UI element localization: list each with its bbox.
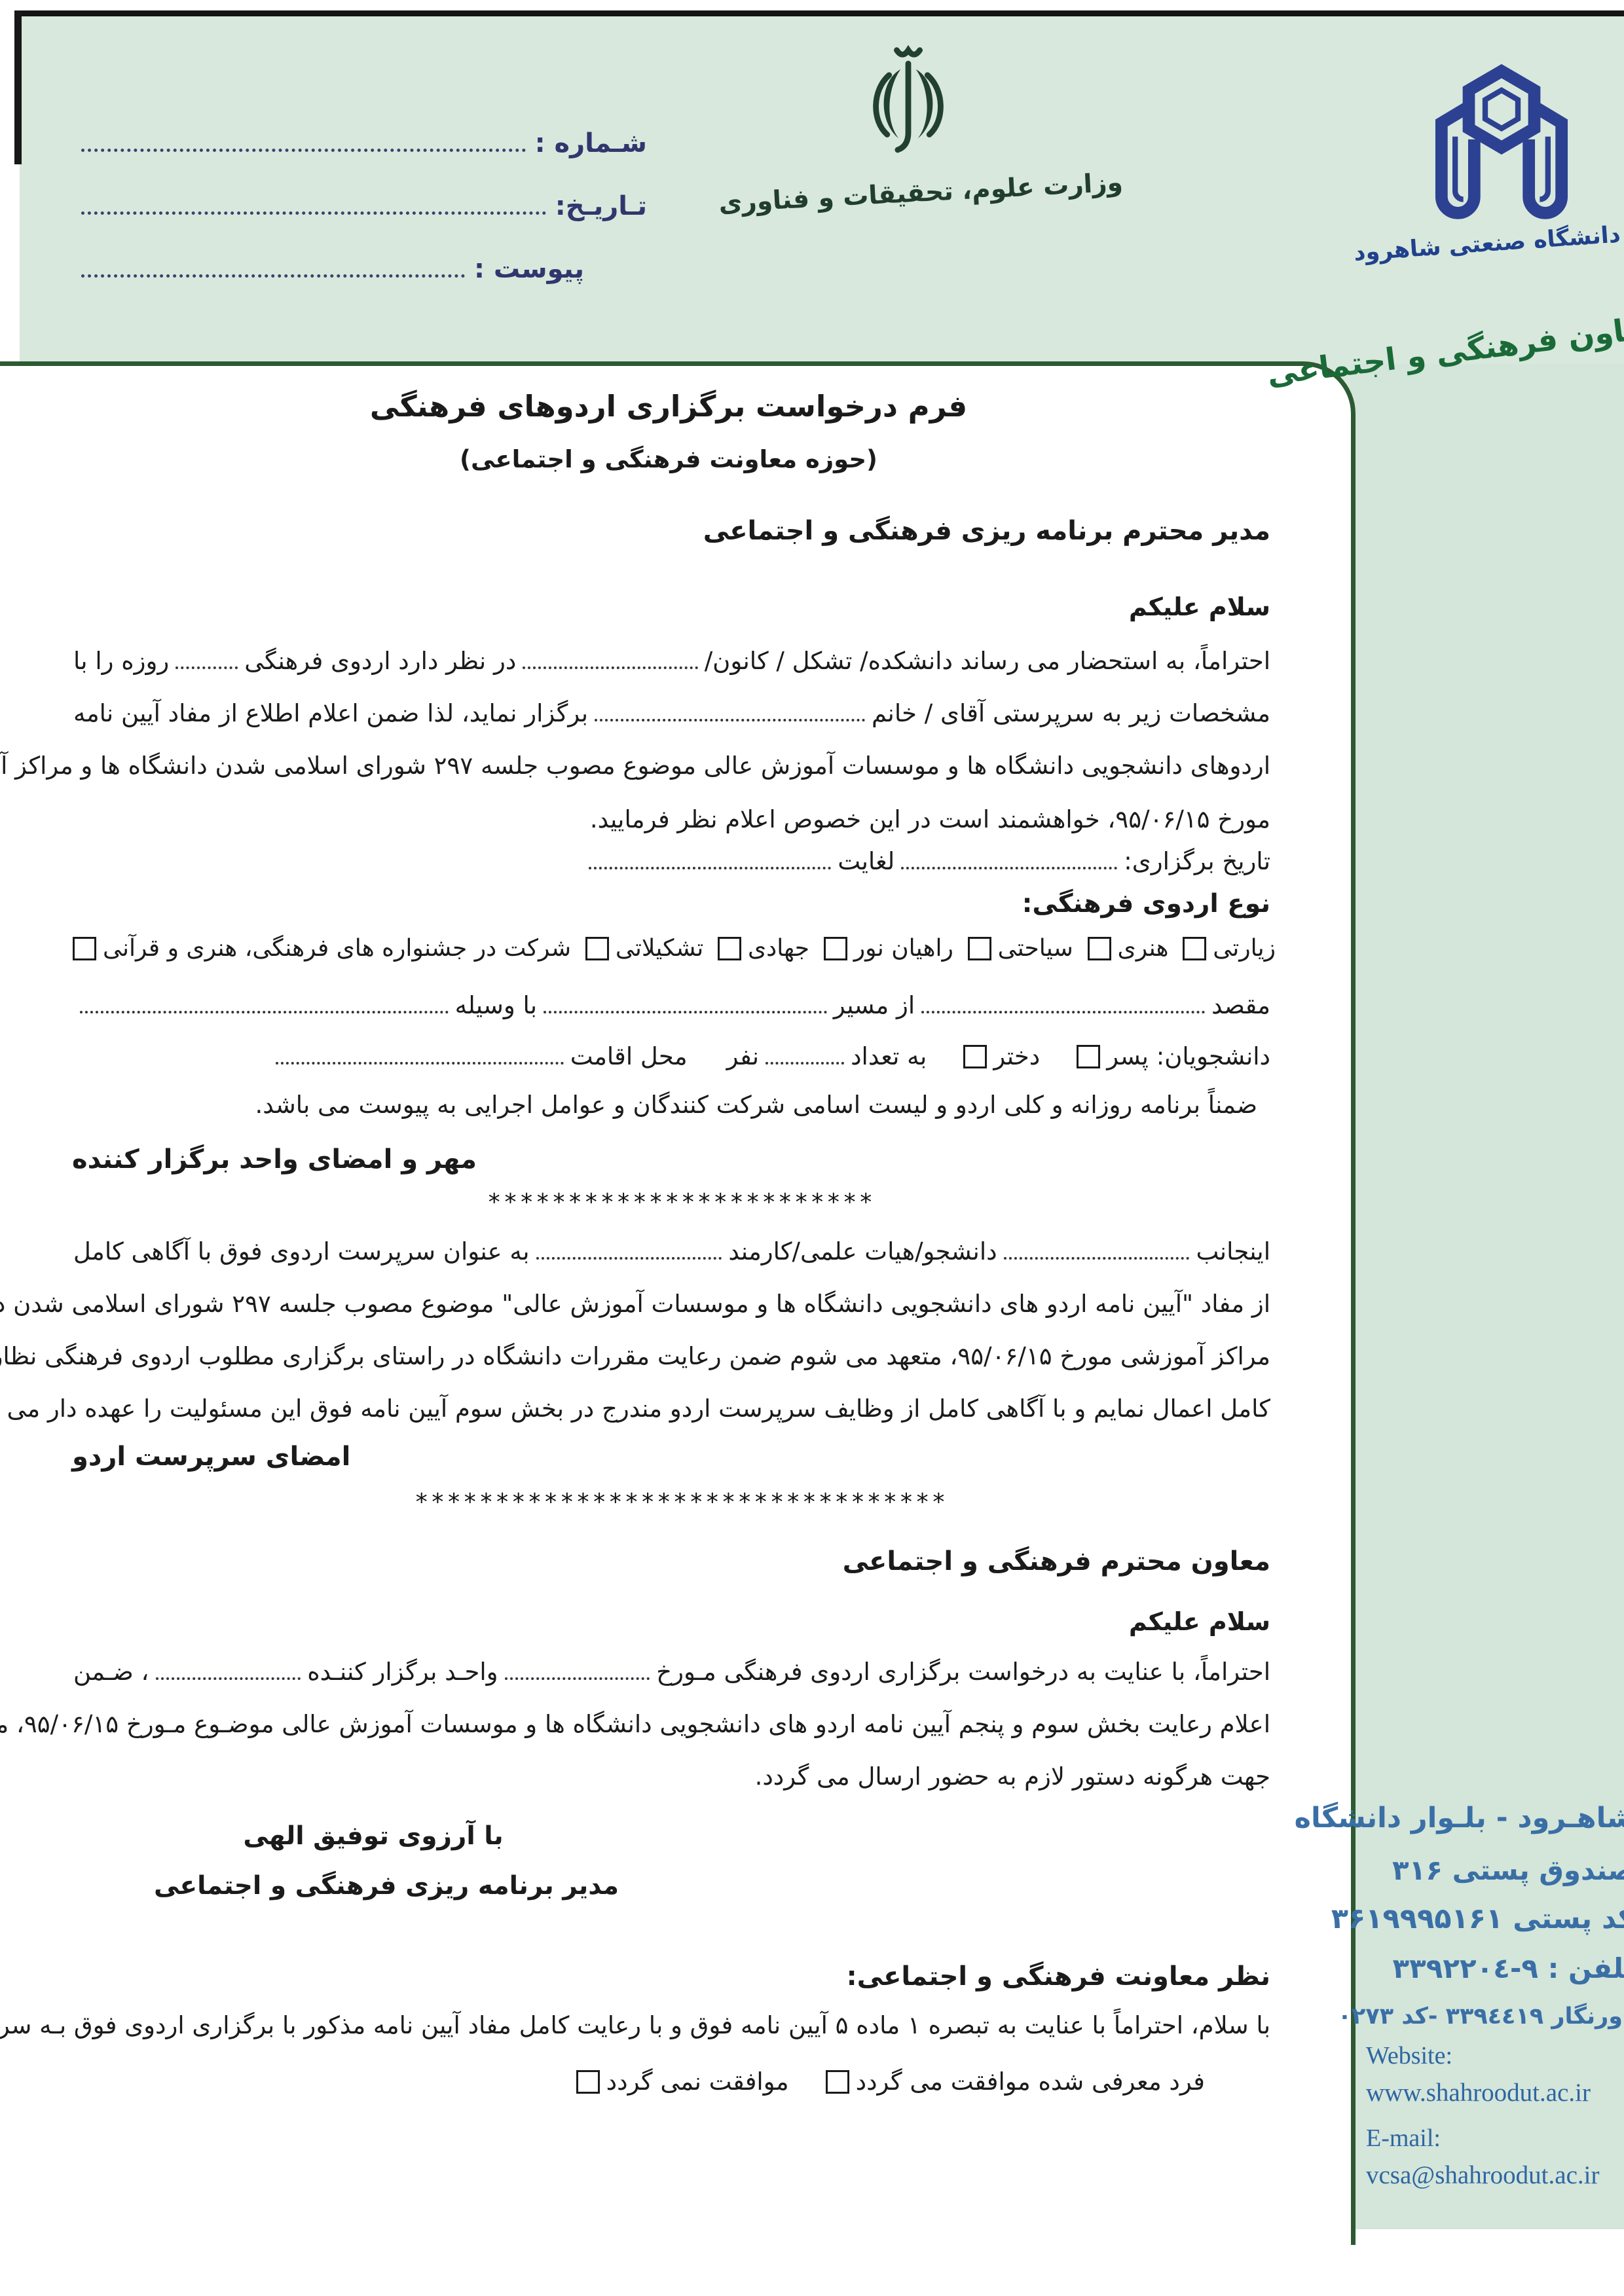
- attachment-label: پیوست :: [474, 254, 584, 284]
- type-option-ziyarati: زیارتی: [1179, 935, 1276, 962]
- paragraph1-line2: مشخصات زیر به سرپرستی آقای / خانم برگزار…: [73, 699, 1270, 727]
- destination-blank-field[interactable]: [921, 1004, 1205, 1013]
- greeting-1: سلام علیکم: [1129, 592, 1270, 621]
- holding-date-label: تاریخ برگزاری:: [1124, 847, 1270, 875]
- camp-type-options: زیارتی هنری سیاحتی راهیان نور جهادی تشکی…: [69, 935, 1276, 962]
- stay-blank-field[interactable]: [276, 1055, 564, 1065]
- person-label: نفر: [727, 1042, 759, 1070]
- rahian-noor-checkbox[interactable]: [824, 937, 847, 960]
- approved-checkbox[interactable]: [826, 2070, 849, 2094]
- undersigned-text-c: به عنوان سرپرست اردوی فوق با آگاهی کامل: [73, 1237, 530, 1266]
- unit-stamp-signature-label: مهر و امضای واحد برگزار کننده: [72, 1144, 477, 1175]
- type-label: راهیان نور: [854, 935, 953, 962]
- undersigned-text-a: اینجانب: [1196, 1237, 1270, 1266]
- request-date-blank-field[interactable]: [505, 1671, 650, 1680]
- attachment-note: ضمناً برنامه روزانه و کلی اردو و لیست اس…: [255, 1091, 1257, 1119]
- attachment-row: پیوست :: [79, 254, 584, 284]
- deputy-paragraph-line2: اعلام رعایت بخش سوم و پنجم آیین نامه ارد…: [0, 1710, 1270, 1738]
- route-blank-field[interactable]: [544, 1004, 827, 1013]
- deputy-opinion-heading: نظر معاونت فرهنگی و اجتماعی:: [847, 1961, 1270, 1992]
- type-label: شرکت در جشنواره های فرهنگی، هنری و قرآنی: [103, 935, 571, 962]
- tashkilati-checkbox[interactable]: [585, 937, 609, 960]
- undersigned-name-blank-field[interactable]: [1004, 1250, 1190, 1260]
- paragraph1-line1: احتراماً، به استحضار می رساند دانشکده/ ت…: [73, 647, 1270, 675]
- address-line-pobox: صندوق پستی ۳۱۶: [1392, 1854, 1624, 1886]
- type-option-tashkilati: تشکیلاتی: [581, 935, 703, 962]
- address-line-phone: تلفن : ۹-۳۳۹۲۲۰٤: [1392, 1952, 1624, 1984]
- until-label: لغایت: [838, 847, 895, 875]
- vehicle-blank-field[interactable]: [80, 1004, 449, 1013]
- ziyarati-checkbox[interactable]: [1183, 937, 1206, 960]
- paragraph1-line3: اردوهای دانشجویی دانشگاه ها و موسسات آمو…: [0, 752, 1270, 780]
- p1-text-b: در نظر دارد اردوی فرهنگی: [244, 647, 516, 675]
- students-boys-label: دانشجویان: پسر: [1107, 1042, 1270, 1070]
- organizing-unit-blank-field[interactable]: [156, 1671, 301, 1680]
- paragraph1-line4: مورخ ۹۵/۰۶/۱۵، خواهشمند است در این خصوص …: [590, 805, 1270, 833]
- type-option-rahian-noor: راهیان نور: [820, 935, 953, 962]
- type-label: جهادی: [748, 935, 809, 962]
- p5-text-a: احتراماً، با عنایت به درخواست برگزاری ار…: [656, 1658, 1270, 1686]
- university-logo-icon: [1420, 60, 1583, 224]
- vehicle-label: با وسیله: [455, 991, 537, 1019]
- camp-type-heading: نوع اردوی فرهنگی:: [1022, 889, 1270, 919]
- honari-checkbox[interactable]: [1088, 937, 1111, 960]
- undersigned-line3: مراکز آموزشی مورخ ۹۵/۰۶/۱۵، متعهد می شوم…: [0, 1342, 1270, 1370]
- scanned-form-page: شـماره : تـاریـخ: پیوست : وزارت علوم، تح…: [0, 0, 1624, 2296]
- undersigned-text-b: دانشجو/هیات علمی/کارمند: [728, 1237, 997, 1266]
- website-url[interactable]: www.shahroodut.ac.ir: [1366, 2078, 1591, 2107]
- scan-edge-top: [14, 10, 1624, 16]
- opinion-decision-line: فرد معرفی شده موافقت می گردد موافقت نمی …: [572, 2068, 1205, 2096]
- email-address[interactable]: vcsa@shahroodut.ac.ir: [1366, 2160, 1599, 2190]
- girls-checkbox[interactable]: [963, 1045, 987, 1068]
- siyahati-checkbox[interactable]: [968, 937, 991, 960]
- not-approved-label: موافقت نمی گردد: [606, 2068, 789, 2096]
- start-date-blank-field[interactable]: [901, 860, 1117, 869]
- stay-label: محل اقامت: [570, 1042, 688, 1070]
- festival-checkbox[interactable]: [73, 937, 96, 960]
- type-label: هنری: [1118, 935, 1169, 962]
- date-blank-field[interactable]: [81, 205, 546, 215]
- form-title: فرم درخواست برگزاری اردوهای فرهنگی: [0, 389, 1350, 424]
- iran-emblem-icon: [859, 41, 957, 175]
- route-label: از مسیر: [834, 991, 915, 1019]
- website-label: Website:: [1366, 2041, 1452, 2070]
- address-line-fax: دورنگار ۳۳۹٤٤۱۹ -کد ۰۲۷۳: [1338, 2003, 1624, 2030]
- type-label: زیارتی: [1213, 935, 1276, 962]
- sidebar-strip: [1350, 364, 1624, 2229]
- days-count-blank-field[interactable]: [175, 660, 238, 669]
- supervisor-name-blank-field[interactable]: [595, 712, 865, 721]
- number-label: شـماره :: [535, 128, 647, 158]
- email-label: E-mail:: [1366, 2124, 1441, 2153]
- deputy-paragraph-line1: احتراماً، با عنایت به درخواست برگزاری ار…: [73, 1658, 1270, 1686]
- girls-label: دختر: [993, 1042, 1040, 1070]
- type-label: تشکیلاتی: [616, 935, 703, 962]
- addressee-heading: مدیر محترم برنامه ریزی فرهنگی و اجتماعی: [703, 516, 1270, 546]
- count-blank-field[interactable]: [766, 1055, 844, 1065]
- deputy-paragraph-line3: جهت هرگونه دستور لازم به حضور ارسال می گ…: [755, 1762, 1270, 1791]
- greeting-2: سلام علیکم: [1129, 1607, 1270, 1636]
- type-option-festival: شرکت در جشنواره های فرهنگی، هنری و قرآنی: [69, 935, 571, 962]
- destination-label: مقصد: [1211, 991, 1270, 1019]
- undersigned-role-blank-field[interactable]: [536, 1250, 722, 1260]
- deputy-heading: معاون محترم فرهنگی و اجتماعی: [843, 1546, 1270, 1576]
- destination-line: مقصد از مسیر با وسیله: [73, 991, 1270, 1019]
- undersigned-line2: از مفاد "آیین نامه اردو های دانشجویی دان…: [0, 1290, 1270, 1318]
- undersigned-line4: کامل اعمال نمایم و با آگاهی کامل از وظای…: [0, 1394, 1270, 1423]
- type-option-jahadi: جهادی: [714, 935, 809, 962]
- date-row: تـاریـخ:: [79, 191, 647, 221]
- opinion-line1: با سلام، احتراماً با عنایت به تبصره ۱ ما…: [0, 2011, 1270, 2039]
- address-line-postalcode: کد پستی ۳۶۱۹۹۹۵۱۶۱: [1331, 1903, 1624, 1935]
- attachment-blank-field[interactable]: [81, 268, 465, 278]
- camp-supervisor-signature-label: امضای سرپرست اردو: [72, 1442, 350, 1472]
- not-approved-checkbox[interactable]: [576, 2070, 600, 2094]
- scan-edge-left: [14, 10, 22, 164]
- type-option-siyahati: سیاحتی: [964, 935, 1073, 962]
- number-row: شـماره :: [79, 128, 647, 158]
- jahadi-checkbox[interactable]: [718, 937, 741, 960]
- divine-wish-label: با آرزوی توفیق الهی: [223, 1821, 524, 1851]
- p1-text-c: روزه را با: [73, 647, 169, 675]
- undersigned-line1: اینجانب دانشجو/هیات علمی/کارمند به عنوان…: [73, 1237, 1270, 1266]
- date-label: تـاریـخ:: [555, 191, 647, 221]
- p2-text-b: برگزار نماید، لذا ضمن اعلام اطلاع از مفا…: [73, 699, 588, 727]
- separator-stars-1: ************************: [393, 1189, 969, 1216]
- approved-label: فرد معرفی شده موافقت می گردد: [856, 2068, 1205, 2096]
- form-subtitle: (حوزه معاونت فرهنگی و اجتماعی): [0, 445, 1350, 473]
- end-date-blank-field[interactable]: [589, 860, 831, 869]
- p5-text-b: واحـد برگزار کننـده: [307, 1658, 498, 1686]
- boys-checkbox[interactable]: [1077, 1045, 1100, 1068]
- count-label: به تعداد: [851, 1042, 927, 1070]
- p1-text-a: احتراماً، به استحضار می رساند دانشکده/ ت…: [705, 647, 1270, 675]
- date-range-line: تاریخ برگزاری: لغایت: [582, 847, 1270, 875]
- address-line-city: شاهـرود - بلـوار دانشگاه: [1295, 1802, 1624, 1834]
- type-option-honari: هنری: [1084, 935, 1169, 962]
- p5-text-c: ، ضـمن: [73, 1658, 149, 1686]
- number-blank-field[interactable]: [81, 142, 526, 152]
- students-line: دانشجویان: پسر دختر به تعداد نفر محل اقا…: [269, 1042, 1270, 1070]
- organizer-blank-field[interactable]: [523, 660, 697, 669]
- separator-stars-2: *********************************: [367, 1489, 995, 1516]
- planning-director-signature-title: مدیر برنامه ریزی فرهنگی و اجتماعی: [151, 1871, 622, 1901]
- type-label: سیاحتی: [998, 935, 1073, 962]
- p2-text-a: مشخصات زیر به سرپرستی آقای / خانم: [872, 699, 1270, 727]
